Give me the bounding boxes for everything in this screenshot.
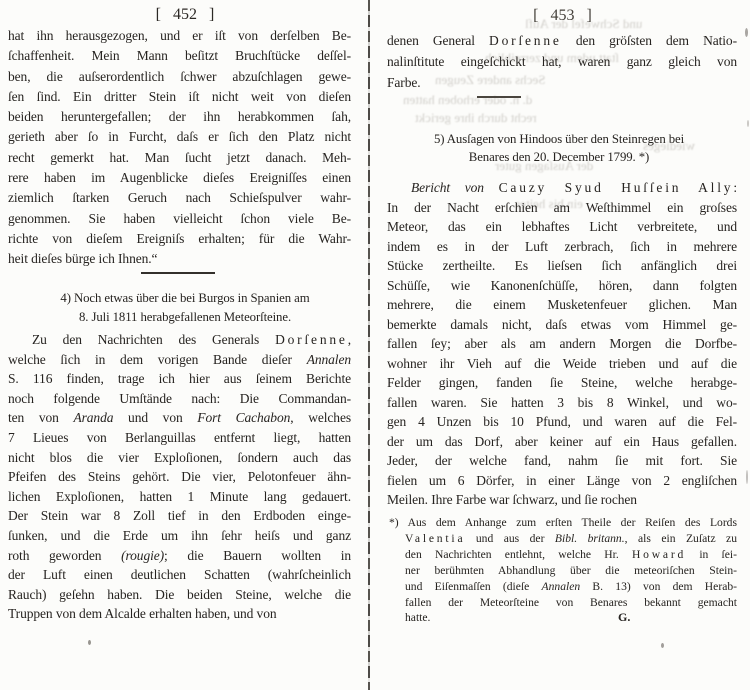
text-line: 5) Ausſagen von Hindoos über den Steinre… [389, 130, 729, 148]
text-line: Stücke zertheilte. Es lieſsen ſich anfän… [387, 256, 737, 276]
text-line: Meteor, das ein lebhaftes Licht verbreit… [387, 217, 737, 237]
section-divider-rule [477, 96, 521, 98]
text-line: Benares den 20. December 1799. *) [389, 148, 729, 166]
text-line: lichen Exploſionen, hatten 1 Minute lang… [8, 487, 351, 507]
footnote-signature: G. [618, 610, 630, 625]
text-line: der Luft einen deutlichen Schatten (wahr… [8, 565, 351, 585]
text-line: welche ſich in dem vorigen Bande dieſer … [8, 350, 351, 370]
text-line: ten von Aranda und von Fort Cachabon, we… [8, 408, 351, 428]
text-line: ben, die auſserordentlich ſchwer abzuſch… [8, 67, 351, 87]
page-right: und Schwefel der Auflſtatt udem und zerr… [375, 0, 750, 690]
text-line: nicht blos die vier Exploſionen, ſondern… [8, 448, 351, 468]
text-line: mehrere, die einem Musketenfeuer glichen… [387, 295, 737, 315]
edge-mark [746, 470, 748, 484]
text-line: *) Aus dem Anhange zum erſten Theile der… [389, 515, 737, 531]
section-divider-rule [141, 272, 215, 274]
text-line: fallen ſey; aber als am andern Morgen di… [387, 334, 737, 354]
text-line: Valentia und aus der Bibl. britann., als… [389, 531, 737, 547]
text-line: ſchaffenheit. Mein Mann beſitzt Bruchſtü… [8, 46, 351, 66]
text-line: genommen. Sie haben vielleicht ſchon vie… [8, 209, 351, 229]
footnote: *) Aus dem Anhange zum erſten Theile der… [389, 515, 737, 626]
paragraph-continuation: denen General Dorſenne den gröſsten dem … [387, 30, 737, 93]
text-line: ſunken, und die Erde um ihn ſehr heiſs u… [8, 526, 351, 546]
ink-speck [661, 643, 664, 648]
text-line: Der Stein war 8 Zoll tief in den Erdbode… [8, 506, 351, 526]
text-line: Felder gingen, fanden ſie Steine, welche… [387, 373, 737, 393]
text-line: richte von dieſem Ereigniſs erhalten; fü… [8, 229, 351, 249]
text-line: heit dieſes bürge ich Ihnen.“ [8, 249, 351, 269]
text-line: Truppen von dem Alcalde erhalten haben, … [8, 604, 351, 624]
text-line: ziemlich ſtarken Geruch nach Schieſspulv… [8, 188, 351, 208]
text-line: Meilen. Ihre Farbe war ſchwarz, und ſie … [387, 490, 737, 510]
text-line: 8. Juli 1811 herabgefallenen Meteorſtein… [22, 308, 348, 327]
text-line: In der Nacht erſchien am Weſthimmel ein … [387, 198, 737, 218]
text-line: ner berühmten Abhandlung über die meteor… [389, 563, 737, 579]
page-number-right: [ 453 ] [375, 7, 750, 25]
page-left: [ 452 ] hat ihn herausgezogen, und er iſ… [0, 0, 370, 690]
text-line: Zu den Nachrichten des Generals Dorſenne… [8, 330, 351, 350]
page-number-left: [ 452 ] [0, 6, 370, 24]
text-line: denen General Dorſenne den gröſsten dem … [387, 30, 737, 51]
text-line: 4) Noch etwas über die bei Burgos in Spa… [22, 289, 348, 308]
text-line: den Nachrichten entlehnt, welche Hr. How… [389, 547, 737, 563]
text-line: gerieth aber ſo in Furcht, daſs er ſich … [8, 127, 351, 147]
bleedthrough-text: recht durch ihre gerickt [415, 110, 537, 126]
text-line: Farbe. [387, 72, 737, 93]
text-line: Schüſſe, wie Kanonenſchüſſe, hören, dann… [387, 276, 737, 296]
section-4-heading: 4) Noch etwas über die bei Burgos in Spa… [22, 289, 348, 327]
paragraph-continuation: hat ihn herausgezogen, und er iſt von de… [8, 26, 351, 270]
text-line: noch folgende Umſtände nach: Die Command… [8, 389, 351, 409]
text-line: nalinſtitute eingeſchickt hat, waren gan… [387, 51, 737, 72]
edge-mark [745, 28, 748, 37]
text-line: S. 116 finden, trage ich hier aus ſeinem… [8, 369, 351, 389]
text-line: Jeder, der welche fand, nahm ſie mit for… [387, 451, 737, 471]
text-line: beiden heruntergefallen; der ihn herabko… [8, 107, 351, 127]
text-line: indem es in der Luft zerbrach, ſich in m… [387, 237, 737, 257]
text-line: fallen waren. Sie hatten 3 bis 8 Winkel,… [387, 393, 737, 413]
text-line: der um das Dorf, aber keiner auf ein Hau… [387, 432, 737, 452]
text-line: hat ihn herausgezogen, und er iſt von de… [8, 26, 351, 46]
section-5-heading: 5) Ausſagen von Hindoos über den Steinre… [389, 130, 729, 166]
text-line: Bericht von Cauzy Syud Huſſein Ally: [387, 178, 737, 198]
text-line: und Eiſenmaſſen (dieſe Annalen B. 13) vo… [389, 579, 737, 595]
text-line: hatte. [389, 610, 737, 626]
section-4-paragraph: Zu den Nachrichten des Generals Dorſenne… [8, 330, 351, 624]
text-line: wohner ihr Vieh auf die Weide trieben un… [387, 354, 737, 374]
book-scan: [ 452 ] hat ihn herausgezogen, und er iſ… [0, 0, 750, 690]
bleedthrough-text: d. n. oder erhoben hatten [403, 92, 532, 108]
text-line: bemerkte damals nicht, daſs etwas vom Hi… [387, 315, 737, 335]
text-line: gen 4 Unzen bis 10 Pfund, und waren auf … [387, 412, 737, 432]
text-line: ſen ſind. Ein dritter Stein iſt nicht we… [8, 87, 351, 107]
text-line: rere haben im Augenblicke dieſes Ereigni… [8, 168, 351, 188]
text-line: Rauch) geſehn haben. Die beiden Steine, … [8, 585, 351, 605]
text-line: recht gemerkt hat. Man ſucht jetzt danac… [8, 148, 351, 168]
text-line: fallen der Meteorſteine von Benares beka… [389, 595, 737, 611]
text-line: 7 Lieues von Berlanguillas entfernt lieg… [8, 428, 351, 448]
edge-mark [747, 120, 749, 127]
section-5-paragraph: Bericht von Cauzy Syud Huſſein Ally:In d… [387, 178, 737, 510]
ink-speck [88, 640, 91, 645]
text-line: fielen um 6 Dörfer, in einer Länge von 2… [387, 471, 737, 491]
text-line: Pfeifen des Steins gehört. Die vier, Pel… [8, 467, 351, 487]
text-line: roth geworden (rougie); die Bauern wollt… [8, 546, 351, 566]
page-gutter-line [368, 0, 370, 690]
